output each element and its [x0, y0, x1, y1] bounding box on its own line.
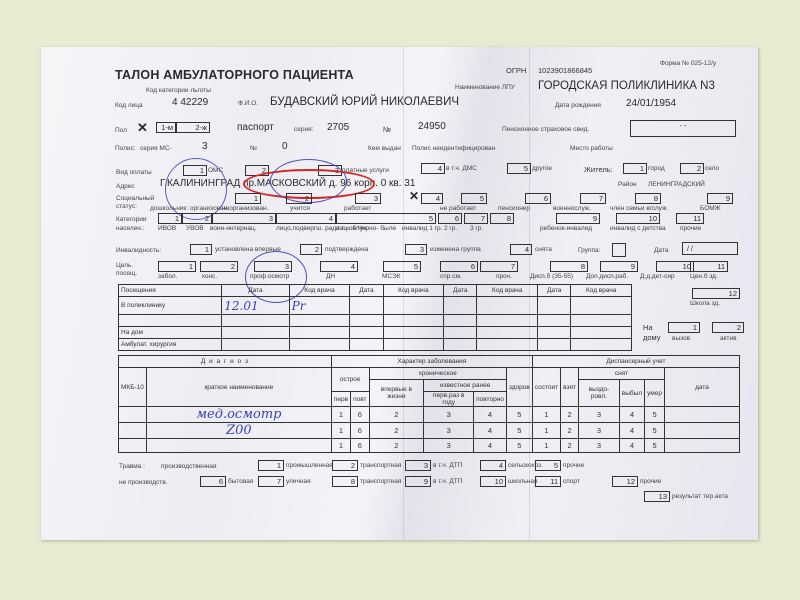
diagnosis-date-cell [665, 407, 740, 423]
disability-option-3-label: изменена группа [430, 246, 481, 253]
diagnosis-cell: здоров [506, 368, 532, 407]
sex-mark-icon: ✕ [137, 120, 148, 136]
home-active-checkbox[interactable]: 2 [712, 322, 744, 333]
trauma-nonwork-7[interactable]: 7 [258, 476, 284, 487]
disability-option-1[interactable]: 1 [190, 244, 212, 255]
diagnosis-code-cell: 2 [561, 423, 579, 439]
visits-header: Дата [350, 285, 383, 297]
visit-purpose-9[interactable]: 9 [600, 261, 638, 272]
trauma-nonwork-8-label: транспортная [360, 478, 401, 485]
purpose-label: Цельпосещ. [116, 262, 137, 278]
diagnosis-code-cell: 3 [579, 439, 620, 453]
diagnosis-title: Д и а г н о з [119, 356, 332, 368]
population-category-1-label: ИВОВ [158, 225, 176, 232]
visit-cell[interactable] [571, 327, 632, 339]
birth-date-label: Дата рождения [555, 102, 601, 109]
marked-x-icon: ✕ [409, 189, 419, 203]
table-row: 16234512345 [119, 439, 740, 453]
population-category-1[interactable]: 1 [158, 213, 182, 224]
visit-purpose-6-label: спр.см. [440, 273, 462, 280]
person-code: 4 42229 [172, 97, 208, 108]
visit-cell[interactable] [383, 327, 444, 339]
visits-header: Код врача [477, 285, 538, 297]
district: ЛЕНИНГРАДСКИЙ [648, 181, 705, 188]
passport-no-label: № [383, 125, 391, 134]
policy-no-label: № [250, 145, 257, 152]
visit-cell[interactable] [350, 327, 383, 339]
social-status-5[interactable]: 5 [461, 193, 487, 204]
lpu-name: ГОРОДСКАЯ ПОЛИКЛИНИКА N3 [538, 80, 715, 92]
visit-cell[interactable] [477, 297, 538, 315]
diagnosis-code-cell: 1 [331, 407, 350, 423]
diagnosis-cell: выздо-ровл. [579, 380, 620, 407]
payment-option-label: другое [532, 165, 552, 172]
visit-cell[interactable] [444, 327, 477, 339]
visit-purpose-12[interactable]: 12 [692, 288, 740, 299]
passport-series-label: серия: [294, 126, 313, 133]
diagnosis-code-cell: 1 [532, 423, 560, 439]
population-category-7-label: 2 гр. [444, 225, 457, 232]
social-status-9-label: БОМЖ [700, 205, 721, 212]
category-label: Категориинаселен.: [116, 215, 147, 233]
table-row: Амбулат. хирургия [119, 339, 632, 351]
visit-cell[interactable] [444, 297, 477, 315]
visit-cell[interactable] [477, 315, 538, 327]
visit-purpose-4-label: ДН [326, 273, 335, 280]
address-label: Адрес [116, 183, 135, 190]
visit-purpose-2[interactable]: 2 [200, 261, 238, 272]
patient-name: БУДАВСКИЙ ЮРИЙ НИКОЛАЕВИЧ [270, 96, 459, 108]
population-category-6-label: инвалид 1 гр. [402, 225, 442, 232]
resident-label: Житель: [584, 165, 613, 174]
group-field[interactable] [612, 243, 626, 257]
diagnosis-cell: повторно [474, 392, 507, 407]
visit-purpose-5[interactable]: 5 [383, 261, 421, 272]
visits-header: Дата [444, 285, 477, 297]
visits-header: Код врача [571, 285, 632, 297]
visit-purpose-10-label: Д.д.дет-сир [640, 273, 675, 280]
visit-cell[interactable] [383, 315, 444, 327]
issued-by-label: Кем выдан [368, 145, 401, 152]
diagnosis-table: Д и а г н о зХарактер заболеванияДиспанс… [118, 355, 740, 453]
visit-cell[interactable] [571, 297, 632, 315]
social-status-2-label: неорганизован. [222, 205, 268, 212]
social-status-4[interactable]: 4 [421, 193, 443, 204]
policy-series: 3 [202, 141, 208, 152]
trauma-nonwork-9[interactable]: 9 [405, 476, 431, 487]
population-category-9-label: ребенок-инвалид [540, 225, 592, 232]
visit-cell[interactable]: 12.01 [222, 297, 289, 315]
visit-purpose-2-label: конс. [202, 273, 217, 280]
social-status-3-label: учится [290, 205, 310, 212]
visit-cell[interactable] [222, 327, 289, 339]
visit-purpose-3-label: проф.осмотр [250, 273, 289, 280]
population-category-2[interactable]: 2 [182, 213, 212, 224]
visit-cell[interactable] [538, 339, 571, 351]
diagnosis-code-cell: 3 [424, 423, 474, 439]
diagnosis-cell: МКБ-10 [119, 368, 147, 407]
passport-series: 2705 [327, 122, 349, 133]
trauma-nonwork-12-label: прочие [640, 478, 661, 485]
diagnosis-code-cell: 2 [369, 439, 424, 453]
table-row: На дом [119, 327, 632, 339]
diagnosis-code-cell: 3 [579, 407, 620, 423]
diagnosis-cell: Характер заболевания [331, 356, 532, 368]
diagnosis-code-cell: 2 [561, 439, 579, 453]
population-category-8-label: 3 гр. [470, 225, 483, 232]
social-status-label: Социальныйстатус: [116, 195, 154, 211]
diagnosis-cell: состоит [532, 368, 560, 407]
social-status-2[interactable]: 2 [286, 193, 312, 204]
visit-cell[interactable]: Pr [289, 297, 350, 315]
passport-label: паспорт [237, 122, 274, 133]
visit-cell[interactable] [383, 339, 444, 351]
issued-by: Полис неидентифицирован [412, 145, 495, 152]
visits-header: Код врача [289, 285, 350, 297]
ogrn-label: ОГРН [506, 66, 526, 75]
visit-type: На дом [119, 327, 222, 339]
trauma-work-2-label: транспортная [360, 462, 401, 469]
visit-type [119, 315, 222, 327]
trauma-work-2[interactable]: 2 [332, 460, 358, 471]
population-category-5[interactable]: 5 [336, 213, 436, 224]
trauma-work-5-label: прочие [563, 462, 584, 469]
trauma-nonwork-11[interactable]: 11 [535, 476, 561, 487]
visit-cell[interactable] [350, 339, 383, 351]
visit-purpose-11[interactable]: 11 [690, 261, 728, 272]
person-code-label: Код лица [115, 102, 143, 109]
visit-cell[interactable] [444, 315, 477, 327]
trauma-nonwork-11-label: спорт [563, 478, 580, 485]
pension-label: Пенсионное страховое свид. [502, 126, 589, 133]
diagnosis-code-cell: 5 [506, 407, 532, 423]
population-category-3-label: воин-интернац. [210, 225, 256, 232]
population-category-3[interactable]: 3 [212, 213, 276, 224]
trauma-work-3-label: в т.ч. ДТП [433, 462, 462, 469]
home-visit-label: Надому [643, 323, 661, 343]
diagnosis-date-cell [665, 423, 740, 439]
visits-header: Дата [222, 285, 289, 297]
population-category-10-label: инвалид с детства [610, 225, 666, 232]
payment-option-label: в т.ч. ДМС [446, 165, 477, 172]
population-category-5-label: в т.ч. в Черно- быле [336, 225, 396, 232]
diagnosis-code-cell: 4 [619, 439, 644, 453]
social-status-8[interactable]: 8 [635, 193, 661, 204]
trauma-nonwork-8[interactable]: 8 [332, 476, 358, 487]
visit-purpose-8[interactable]: 8 [550, 261, 588, 272]
trauma-work-3[interactable]: 3 [405, 460, 431, 471]
social-status-7[interactable]: 7 [580, 193, 606, 204]
disability-option-3[interactable]: 3 [405, 244, 427, 255]
diagnosis-code-cell: 5 [506, 423, 532, 439]
trauma-nonwork-10-label: школьная [508, 478, 538, 485]
diagnosis-cell: дата [665, 368, 740, 407]
trauma-nonwork-9-label: в т.ч. ДТП [433, 478, 462, 485]
diagnosis-code-cell: 5 [645, 423, 665, 439]
diagnosis-code-cell: 6 [351, 423, 369, 439]
payment-label: Вид оплаты [116, 169, 152, 176]
social-status-8-label: член семьи в/служ. [610, 205, 668, 212]
table-row: Z0016234512345 [119, 423, 740, 439]
resident-city-checkbox[interactable]: 1 [623, 163, 647, 174]
home-call-checkbox[interactable]: 1 [668, 322, 700, 333]
social-status-5-label: не работает [440, 205, 476, 212]
disability-option-1-label: установлена впервые [215, 246, 281, 253]
social-status-7-label: военнослуж. [553, 205, 591, 212]
diagnosis-cell: снят [579, 368, 665, 380]
population-category-4[interactable]: 4 [276, 213, 336, 224]
mkb-code-cell [119, 439, 147, 453]
diagnosis-code-cell: 1 [532, 439, 560, 453]
visit-cell[interactable] [538, 315, 571, 327]
trauma-nonwork-6[interactable]: 6 [200, 476, 226, 487]
fio-label: Ф.И.О. [238, 100, 258, 107]
diagnosis-cell: умер [645, 380, 665, 407]
pension-number-field[interactable]: - - [630, 120, 736, 137]
ogrn-value: 1023901866845 [538, 66, 592, 75]
visit-type: В поликлинику [119, 297, 222, 315]
diagnosis-code-cell: 4 [474, 439, 507, 453]
visit-cell[interactable] [538, 297, 571, 315]
diagnosis-name-cell [146, 439, 331, 453]
social-status-1-label: дошкольник: организован. [150, 205, 229, 212]
trauma-label: Травма : [119, 463, 145, 470]
policy-label: Полис: [115, 145, 136, 152]
diagnosis-code-cell: 6 [351, 407, 369, 423]
visit-cell[interactable] [289, 339, 350, 351]
mkb-code-cell [119, 407, 147, 423]
benefit-category-label: Код категории льготы [146, 87, 211, 94]
diagnosis-cell: выбыл [619, 380, 644, 407]
population-category-10[interactable]: 10 [616, 213, 660, 224]
diagnosis-code-cell: 4 [619, 423, 644, 439]
visit-cell[interactable] [222, 339, 289, 351]
visit-type: Амбулат. хирургия [119, 339, 222, 351]
diagnosis-cell: впервые в жизни [369, 380, 424, 407]
diagnosis-code-cell: 5 [645, 407, 665, 423]
diagnosis-code-cell: 4 [474, 423, 507, 439]
diagnosis-code-cell: 3 [579, 423, 620, 439]
sex-label: Пол [115, 127, 127, 134]
social-status-1[interactable]: 1 [235, 193, 261, 204]
social-status-9[interactable]: 9 [707, 193, 733, 204]
diagnosis-cell: перв.раз в году [424, 392, 474, 407]
population-category-11-label: прочие [680, 225, 701, 232]
visit-purpose-7-label: проч. [496, 273, 512, 280]
trauma-nonwork-label: не производств. [119, 479, 168, 486]
diagnosis-code-cell: 1 [532, 407, 560, 423]
group-label: Группа: [578, 247, 600, 254]
social-status-6[interactable]: 6 [525, 193, 551, 204]
visit-purpose-10[interactable]: 10 [656, 261, 694, 272]
visit-purpose-9-label: Доп.дисп.раб. [586, 273, 628, 280]
disability-option-4[interactable]: 4 [510, 244, 532, 255]
visit-cell[interactable] [444, 339, 477, 351]
visits-header: Дата [538, 285, 571, 297]
visit-cell[interactable] [571, 315, 632, 327]
visit-purpose-8-label: Дисп.б (35-55) [530, 273, 573, 280]
visit-cell[interactable] [289, 315, 350, 327]
visit-purpose-12-label: Школа зд. [690, 300, 720, 307]
form-title: ТАЛОН АМБУЛАТОРНОГО ПАЦИЕНТА [115, 68, 354, 82]
trauma-work-5[interactable]: 5 [535, 460, 561, 471]
mkb-code-cell [119, 423, 147, 439]
diagnosis-cell: перв [331, 392, 350, 407]
population-category-11[interactable]: 11 [676, 213, 704, 224]
birth-date: 24/01/1954 [626, 98, 676, 109]
visit-purpose-11-label: Цен.б зд. [690, 273, 718, 280]
visit-cell[interactable] [289, 327, 350, 339]
policy-series-label: серия МС- [140, 145, 172, 152]
diagnosis-date-cell [665, 439, 740, 453]
diagnosis-cell: острое [331, 368, 369, 392]
social-status-3[interactable]: 3 [355, 193, 381, 204]
diagnosis-cell: хроническое [369, 368, 506, 380]
social-status-4-label: работает [344, 205, 371, 212]
trauma-nonwork-7-label: уличная [286, 478, 311, 485]
visit-purpose-1-label: забол. [158, 273, 177, 280]
population-category-8[interactable]: 8 [490, 213, 514, 224]
diagnosis-code-cell: 1 [331, 423, 350, 439]
trauma-work-label: производственная [161, 463, 217, 470]
diagnosis-code-cell: 4 [619, 407, 644, 423]
diagnosis-cell: повт [351, 392, 369, 407]
diagnosis-cell: Диспансерный учет [532, 356, 739, 368]
visit-cell[interactable] [350, 315, 383, 327]
population-category-6[interactable]: 6 [438, 213, 462, 224]
disability-date-field[interactable]: / / [682, 242, 738, 255]
diagnosis-code-cell: 3 [424, 407, 474, 423]
diagnosis-cell: взят [561, 368, 579, 407]
diagnosis-code-cell: 2 [561, 407, 579, 423]
diagnosis-code-cell: 2 [369, 407, 424, 423]
form-number: Форма № 025-12/у [660, 60, 716, 67]
disability-label: Инвалидность: [116, 247, 161, 254]
diagnosis-code-cell: 3 [424, 439, 474, 453]
table-row [119, 315, 632, 327]
trauma-nonwork-10[interactable]: 10 [480, 476, 506, 487]
population-category-2-label: УВОВ [186, 225, 204, 232]
trauma-nonwork-12[interactable]: 12 [612, 476, 638, 487]
diagnosis-code-cell: 2 [369, 423, 424, 439]
diagnosis-code-cell: 6 [351, 439, 369, 453]
payment-option-other[interactable]: 5 [507, 163, 531, 174]
district-label: Район [618, 181, 637, 188]
lpu-label: Наименование ЛПУ [455, 84, 515, 91]
diagnosis-code-cell: 4 [474, 407, 507, 423]
trauma-nonwork-6-label: бытовая [228, 478, 253, 485]
population-category-7[interactable]: 7 [464, 213, 488, 224]
visit-purpose-6[interactable]: 6 [440, 261, 478, 272]
visit-cell[interactable] [350, 297, 383, 315]
population-category-9[interactable]: 9 [556, 213, 600, 224]
trauma-work-1[interactable]: 1 [258, 460, 284, 471]
table-row: мед.осмотр16234512345 [119, 407, 740, 423]
visit-purpose-5-label: МСЭК [382, 273, 401, 280]
visits-header: Посещения [119, 285, 222, 297]
visit-cell[interactable] [222, 315, 289, 327]
visit-purpose-3[interactable]: 3 [254, 261, 292, 272]
trauma-terror-13[interactable]: 13 [644, 491, 670, 502]
disability-option-2[interactable]: 2 [300, 244, 322, 255]
home-option-label: актив [720, 335, 737, 342]
visit-purpose-4[interactable]: 4 [320, 261, 358, 272]
diagnosis-name-cell: Z00 [146, 423, 331, 439]
trauma-terror-13-label: результат тер.акта [672, 493, 728, 500]
passport-number: 24950 [418, 121, 446, 132]
diagnosis-code-cell: 5 [645, 439, 665, 453]
diagnosis-name-cell: мед.осмотр [146, 407, 331, 423]
policy-number: 0 [282, 141, 288, 152]
sex-male-checkbox[interactable]: 1-м [156, 122, 176, 133]
diagnosis-cell: известное ранее [424, 380, 507, 392]
visits-table: ПосещенияДатаКод врачаДатаКод врачаДатаК… [118, 284, 632, 351]
visit-cell[interactable] [571, 339, 632, 351]
visit-cell[interactable] [477, 327, 538, 339]
disability-option-2-label: подтверждена [325, 246, 368, 253]
trauma-work-4[interactable]: 4 [480, 460, 506, 471]
disability-option-4-label: снята [535, 246, 552, 253]
visit-cell[interactable] [383, 297, 444, 315]
visit-purpose-1[interactable]: 1 [158, 261, 196, 272]
resident-option-label: город [648, 165, 665, 172]
resident-village-checkbox[interactable]: 2 [680, 163, 704, 174]
trauma-work-1-label: промышленная [286, 462, 333, 469]
diagnosis-cell: краткое наименование [146, 368, 331, 407]
visits-header: Код врача [383, 285, 444, 297]
home-option-label: вызов [672, 335, 690, 342]
resident-option-label: село [705, 165, 719, 172]
visit-purpose-7[interactable]: 7 [480, 261, 518, 272]
workplace-label: Место работы [570, 145, 613, 152]
payment-option-dms[interactable]: 4 [421, 163, 445, 174]
social-status-6-label: пенсионер [498, 205, 530, 212]
date-label: Дата [654, 247, 668, 254]
diagnosis-code-cell: 5 [506, 439, 532, 453]
visit-cell[interactable] [477, 339, 538, 351]
table-row: В поликлинику12.01Pr [119, 297, 632, 315]
visit-cell[interactable] [538, 327, 571, 339]
diagnosis-code-cell: 1 [331, 439, 350, 453]
sex-female-checkbox[interactable]: 2-ж [176, 122, 210, 133]
